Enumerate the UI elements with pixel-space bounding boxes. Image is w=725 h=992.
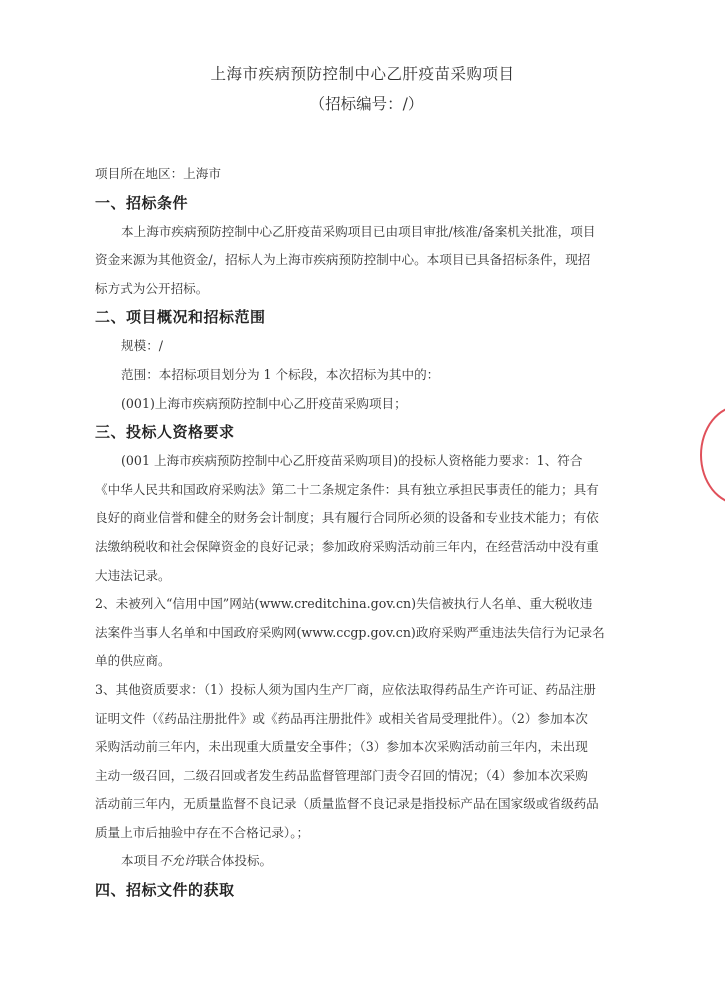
document-page: 上海市疾病预防控制中心乙肝疫苗采购项目 （招标编号：/） 项目所在地区：上海市 …: [0, 0, 725, 992]
paragraph-line: 本上海市疾病预防控制中心乙肝疫苗采购项目已由项目审批/核准/备案机关批准，项目: [95, 218, 635, 247]
paragraph-line: 主动一级召回，二级召回或者发生药品监督管理部门责令召回的情况；（4）参加本次采购: [95, 762, 635, 791]
consortium-suffix: 联合体投标。: [197, 853, 273, 868]
paragraph-line: 大违法记录。: [95, 562, 635, 591]
consortium-emphasis: 不允许: [159, 853, 197, 868]
official-seal-stamp: [700, 405, 725, 505]
paragraph-line: (001 上海市疾病预防控制中心乙肝疫苗采购项目)的投标人资格能力要求：1、符合: [95, 447, 635, 476]
paragraph-line: 资金来源为其他资金/，招标人为上海市疾病预防控制中心。本项目已具备招标条件，现招: [95, 246, 635, 275]
paragraph-line: 标方式为公开招标。: [95, 275, 635, 304]
section-heading-bidder-qualifications: 三、投标人资格要求: [95, 418, 635, 447]
paragraph-line: 良好的商业信誉和健全的财务会计制度；具有履行合同所必须的设备和专业技术能力；有依: [95, 504, 635, 533]
section-heading-tender-documents: 四、招标文件的获取: [95, 876, 635, 905]
paragraph-line: 质量上市后抽验中存在不合格记录）。；: [95, 819, 635, 848]
document-body: 项目所在地区：上海市 一、招标条件 本上海市疾病预防控制中心乙肝疫苗采购项目已由…: [95, 160, 635, 905]
tender-number: （招标编号：/）: [0, 92, 725, 114]
paragraph-line: 单的供应商。: [95, 647, 635, 676]
lot-line: (001)上海市疾病预防控制中心乙肝疫苗采购项目；: [95, 390, 635, 419]
paragraph-line: 法案件当事人名单和中国政府采购网(www.ccgp.gov.cn)政府采购严重违…: [95, 619, 635, 648]
consortium-statement: 本项目不允许联合体投标。: [95, 847, 635, 876]
project-location: 项目所在地区：上海市: [95, 160, 635, 189]
paragraph-line: 2、未被列入“信用中国”网站(www.creditchina.gov.cn)失信…: [95, 590, 635, 619]
scope-line: 范围：本招标项目划分为 1 个标段，本次招标为其中的：: [95, 361, 635, 390]
section-heading-project-overview: 二、项目概况和招标范围: [95, 303, 635, 332]
scale-line: 规模：/: [95, 332, 635, 361]
section-heading-tender-conditions: 一、招标条件: [95, 189, 635, 218]
document-title: 上海市疾病预防控制中心乙肝疫苗采购项目: [0, 62, 725, 84]
paragraph-line: 法缴纳税收和社会保障资金的良好记录；参加政府采购活动前三年内，在经营活动中没有重: [95, 533, 635, 562]
paragraph-line: 3、其他资质要求：（1）投标人须为国内生产厂商，应依法取得药品生产许可证、药品注…: [95, 676, 635, 705]
paragraph-line: 活动前三年内，无质量监督不良记录（质量监督不良记录是指投标产品在国家级或省级药品: [95, 790, 635, 819]
paragraph-line: 证明文件（《药品注册批件》或《药品再注册批件》或相关省局受理批件）。（2）参加本…: [95, 705, 635, 734]
paragraph-line: 采购活动前三年内，未出现重大质量安全事件；（3）参加本次采购活动前三年内，未出现: [95, 733, 635, 762]
paragraph-line: 《中华人民共和国政府采购法》第二十二条规定条件：具有独立承担民事责任的能力；具有: [95, 476, 635, 505]
consortium-prefix: 本项目: [121, 853, 159, 868]
